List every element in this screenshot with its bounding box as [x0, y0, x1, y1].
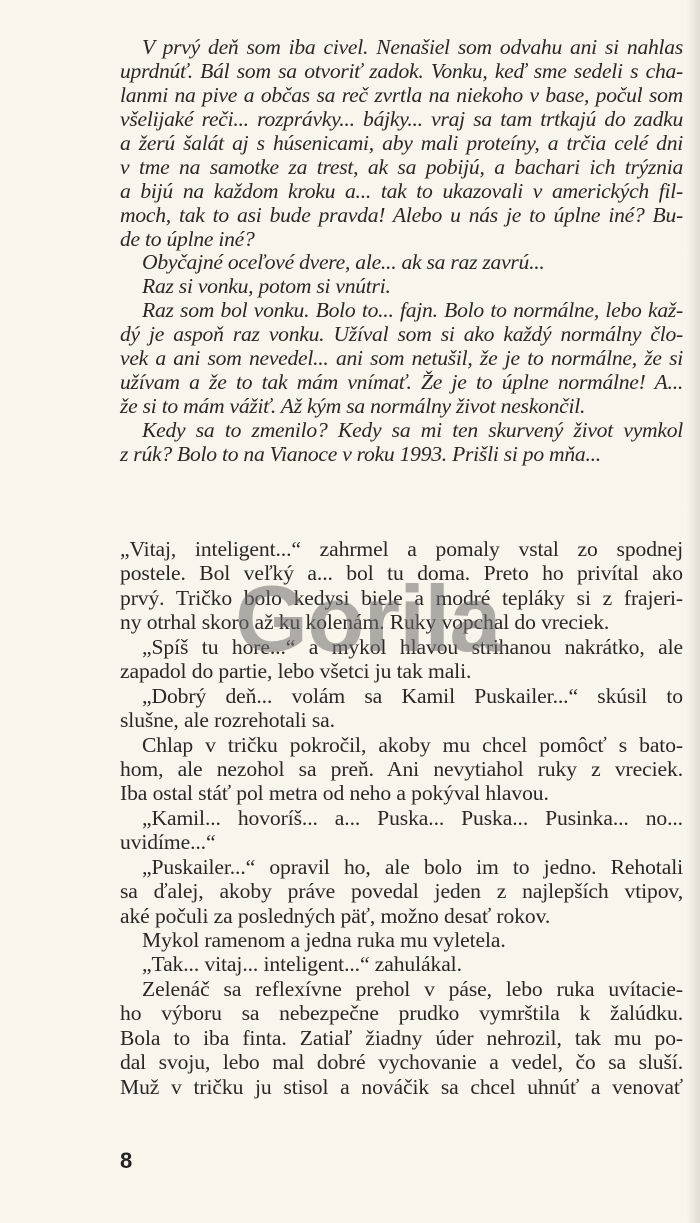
text-line: postele. Bol veľký a... bol tu doma. Pre…	[120, 561, 683, 585]
text-line: slušne, ale rozrehotali sa.	[120, 708, 683, 732]
text-line: z rúk? Bolo to na Vianoce v roku 1993. P…	[120, 443, 683, 467]
text-line: moch, tak to asi bude pravda! Alebo u ná…	[120, 204, 683, 228]
text-line: Kedy sa to zmenilo? Kedy sa mi ten skurv…	[120, 419, 683, 443]
text-line: Muž v tričku ju stisol a nováčik sa chce…	[120, 1075, 683, 1099]
page-edge-shadow	[686, 0, 700, 1223]
text-line: užívam a že to tak mám vnímať. Že je to …	[120, 371, 683, 395]
text-line: „Spíš tu hore...“ a mykol hlavou strihan…	[120, 635, 683, 659]
text-line: prvý. Tričko bolo kedysi biele a modré t…	[120, 586, 683, 610]
text-line: a žerú šalát aj s húsenicami, aby mali p…	[120, 132, 683, 156]
roman-passage: „Vitaj, inteligent...“ zahrmel a pomaly …	[120, 537, 683, 1099]
text-line: Mykol ramenom a jedna ruka mu vyletela.	[120, 928, 683, 952]
text-line: Iba ostal stáť pol metra od neho a pokýv…	[120, 781, 683, 805]
text-line: ho výboru sa nebezpečne prudko vymrštila…	[120, 1001, 683, 1025]
text-line: „Kamil... hovoríš... a... Puska... Puska…	[120, 806, 683, 830]
text-line: Chlap v tričku pokročil, akoby mu chcel …	[120, 733, 683, 757]
text-line: zapadol do partie, lebo všetci ju tak ma…	[120, 659, 683, 683]
text-line: Raz si vonku, potom si vnútri.	[120, 275, 683, 299]
text-line: sa ďalej, akoby práve povedal jeden z na…	[120, 879, 683, 903]
text-line: „Dobrý deň... volám sa Kamil Puskailer..…	[120, 684, 683, 708]
text-line: Zelenáč sa reflexívne prehol v páse, leb…	[120, 977, 683, 1001]
page-number: 8	[120, 1148, 132, 1174]
text-line: dal svoju, lebo mal dobré vychovanie a v…	[120, 1050, 683, 1074]
text-line: hom, ale nezohol sa preň. Ani nevytiahol…	[120, 757, 683, 781]
text-line: uprdnúť. Bál som sa otvoriť zadok. Vonku…	[120, 60, 683, 84]
text-line: vek a ani som nevedel... ani som netušil…	[120, 347, 683, 371]
text-line: uvidíme...“	[120, 830, 683, 854]
text-line: aké počuli za posledných päť, možno desa…	[120, 904, 683, 928]
text-line: ny otrhal skoro až ku kolenám. Ruky vopc…	[120, 610, 683, 634]
text-line: „Vitaj, inteligent...“ zahrmel a pomaly …	[120, 537, 683, 561]
text-line: Raz som bol vonku. Bolo to... fajn. Bolo…	[120, 299, 683, 323]
text-line: „Tak... vitaj... inteligent...“ zahuláka…	[120, 952, 683, 976]
text-line: dý je aspoň raz vonku. Užíval som si ako…	[120, 323, 683, 347]
text-line: všelijaké reči... rozprávky... bájky... …	[120, 108, 683, 132]
text-line: lanmi na pive a občas sa reč zvrtla na n…	[120, 84, 683, 108]
text-line: „Puskailer...“ opravil ho, ale bolo im t…	[120, 855, 683, 879]
italic-passage: V prvý deň som iba civel. Nenašiel som o…	[120, 36, 683, 467]
text-line: Obyčajné oceľové dvere, ale... ak sa raz…	[120, 251, 683, 275]
text-line: že si to mám vážiť. Až kým sa normálny ž…	[120, 395, 683, 419]
text-line: a bijú na každom kroku a... tak to ukazo…	[120, 180, 683, 204]
text-line: v tme na samotke za trest, ak sa pobijú,…	[120, 156, 683, 180]
text-line: de to úplne iné?	[120, 228, 683, 252]
text-line: Bola to iba finta. Zatiaľ žiadny úder ne…	[120, 1026, 683, 1050]
text-line: V prvý deň som iba civel. Nenašiel som o…	[120, 36, 683, 60]
